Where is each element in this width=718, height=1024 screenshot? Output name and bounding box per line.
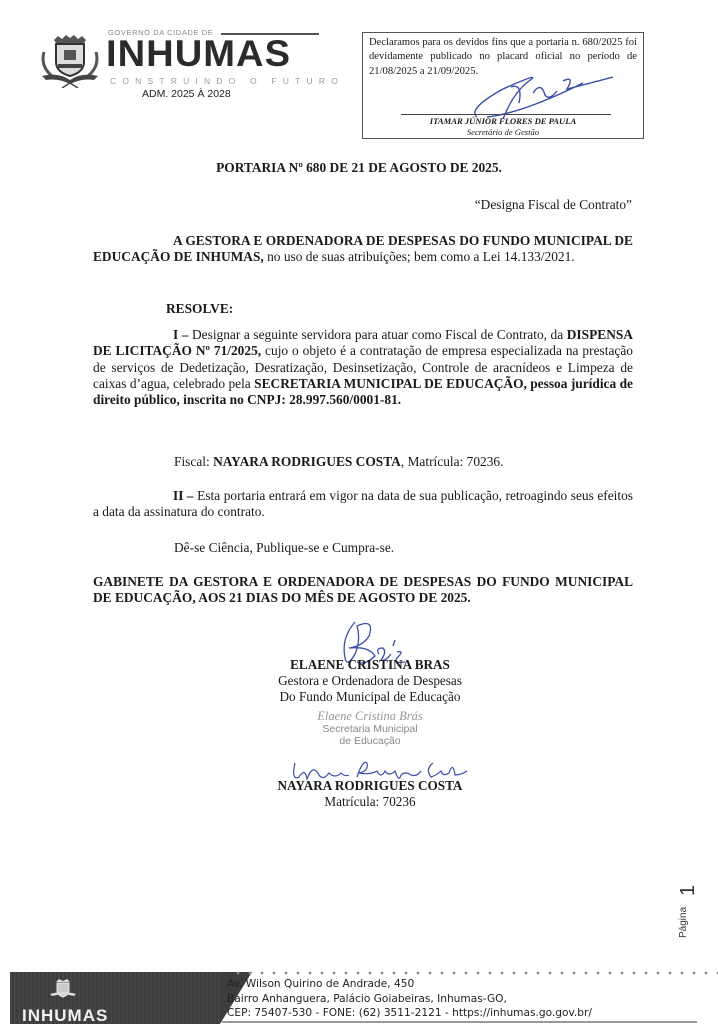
fiscal-line: Fiscal: NAYARA RODRIGUES COSTA, Matrícul…	[174, 454, 503, 470]
article-1: I – Designar a seguinte servidora para a…	[93, 327, 633, 408]
footer-address: Av. Wilson Quirino de Andrade, 450 Bairr…	[227, 977, 592, 1021]
fiscal-signature-block: NAYARA RODRIGUES COSTA Matrícula: 70236	[240, 778, 500, 810]
closing-formula: Dê-se Ciência, Publique-se e Cumpra-se.	[174, 540, 394, 556]
address-line2: Bairro Anhanguera, Palácio Goiabeiras, I…	[227, 992, 592, 1007]
page-label: Página	[678, 907, 689, 938]
intro-paragraph: A GESTORA E ORDENADORA DE DESPESAS DO FU…	[93, 233, 633, 266]
gabinete-paragraph: GABINETE DA GESTORA E ORDENADORA DE DESP…	[93, 574, 633, 607]
municipal-coat-of-arms-icon	[38, 32, 102, 88]
fiscal-name: NAYARA RODRIGUES COSTA	[213, 454, 401, 469]
stamp-name: Elaene Cristina Brás	[240, 710, 500, 723]
tagline: CONSTRUINDO O FUTURO	[110, 76, 344, 86]
article-2-label: II –	[173, 488, 194, 503]
gestora-name: ELAENE CRISTINA BRAS	[240, 657, 500, 673]
address-line1: Av. Wilson Quirino de Andrade, 450	[227, 977, 592, 992]
gestora-role-line1: Gestora e Ordenadora de Despesas	[240, 673, 500, 689]
administration-period: ADM. 2025 À 2028	[142, 88, 231, 100]
stamp-line2: de Educação	[240, 735, 500, 748]
gestora-role-line2: Do Fundo Municipal de Educação	[240, 689, 500, 705]
fiscal-label: Fiscal:	[174, 454, 213, 469]
gestora-signature-block: ELAENE CRISTINA BRAS Gestora e Ordenador…	[240, 657, 500, 704]
header-logo: GOVERNO DA CIDADE DE INHUMAS CONSTRUINDO…	[38, 28, 338, 103]
document-subtitle: “Designa Fiscal de Contrato”	[475, 197, 632, 213]
address-line3: CEP: 75407-530 - FONE: (62) 3511-2121 - …	[227, 1006, 592, 1021]
municipal-coat-of-arms-icon	[48, 978, 78, 1000]
footer-dotted-divider	[232, 971, 718, 975]
intro-text: no uso de suas atribuições; bem como a L…	[264, 249, 575, 264]
page-number: Página 1	[678, 860, 708, 940]
article-2: II – Esta portaria entrará em vigor na d…	[93, 488, 633, 521]
fiscal-signatory-matricula: Matrícula: 70236	[240, 794, 500, 810]
city-name: INHUMAS	[106, 34, 291, 74]
signatory-role: Secretário de Gestão	[363, 127, 643, 137]
resolve-heading: RESOLVE:	[166, 301, 233, 317]
secretaria-stamp: Elaene Cristina Brás Secretaria Municipa…	[240, 710, 500, 748]
footer-city-name: INHUMAS	[22, 1006, 108, 1024]
footer-brand-band: INHUMAS	[10, 972, 220, 1024]
page-value: 1	[677, 885, 700, 896]
article-1-label: I –	[173, 327, 188, 342]
fiscal-matricula: , Matrícula: 70236.	[401, 454, 504, 469]
signature-line	[401, 114, 611, 115]
article-1-text-a: Designar a seguinte servidora para atuar…	[188, 327, 566, 342]
signatory-name: ITAMAR JÚNIOR FLORES DE PAULA	[363, 116, 643, 126]
footer-divider	[222, 1021, 697, 1023]
fiscal-signatory-name: NAYARA RODRIGUES COSTA	[240, 778, 500, 794]
publication-declaration-box: Declaramos para os devidos fins que a po…	[362, 32, 644, 139]
stamp-line1: Secretaria Municipal	[240, 723, 500, 736]
document-title: PORTARIA Nº 680 DE 21 DE AGOSTO DE 2025.	[0, 160, 718, 176]
